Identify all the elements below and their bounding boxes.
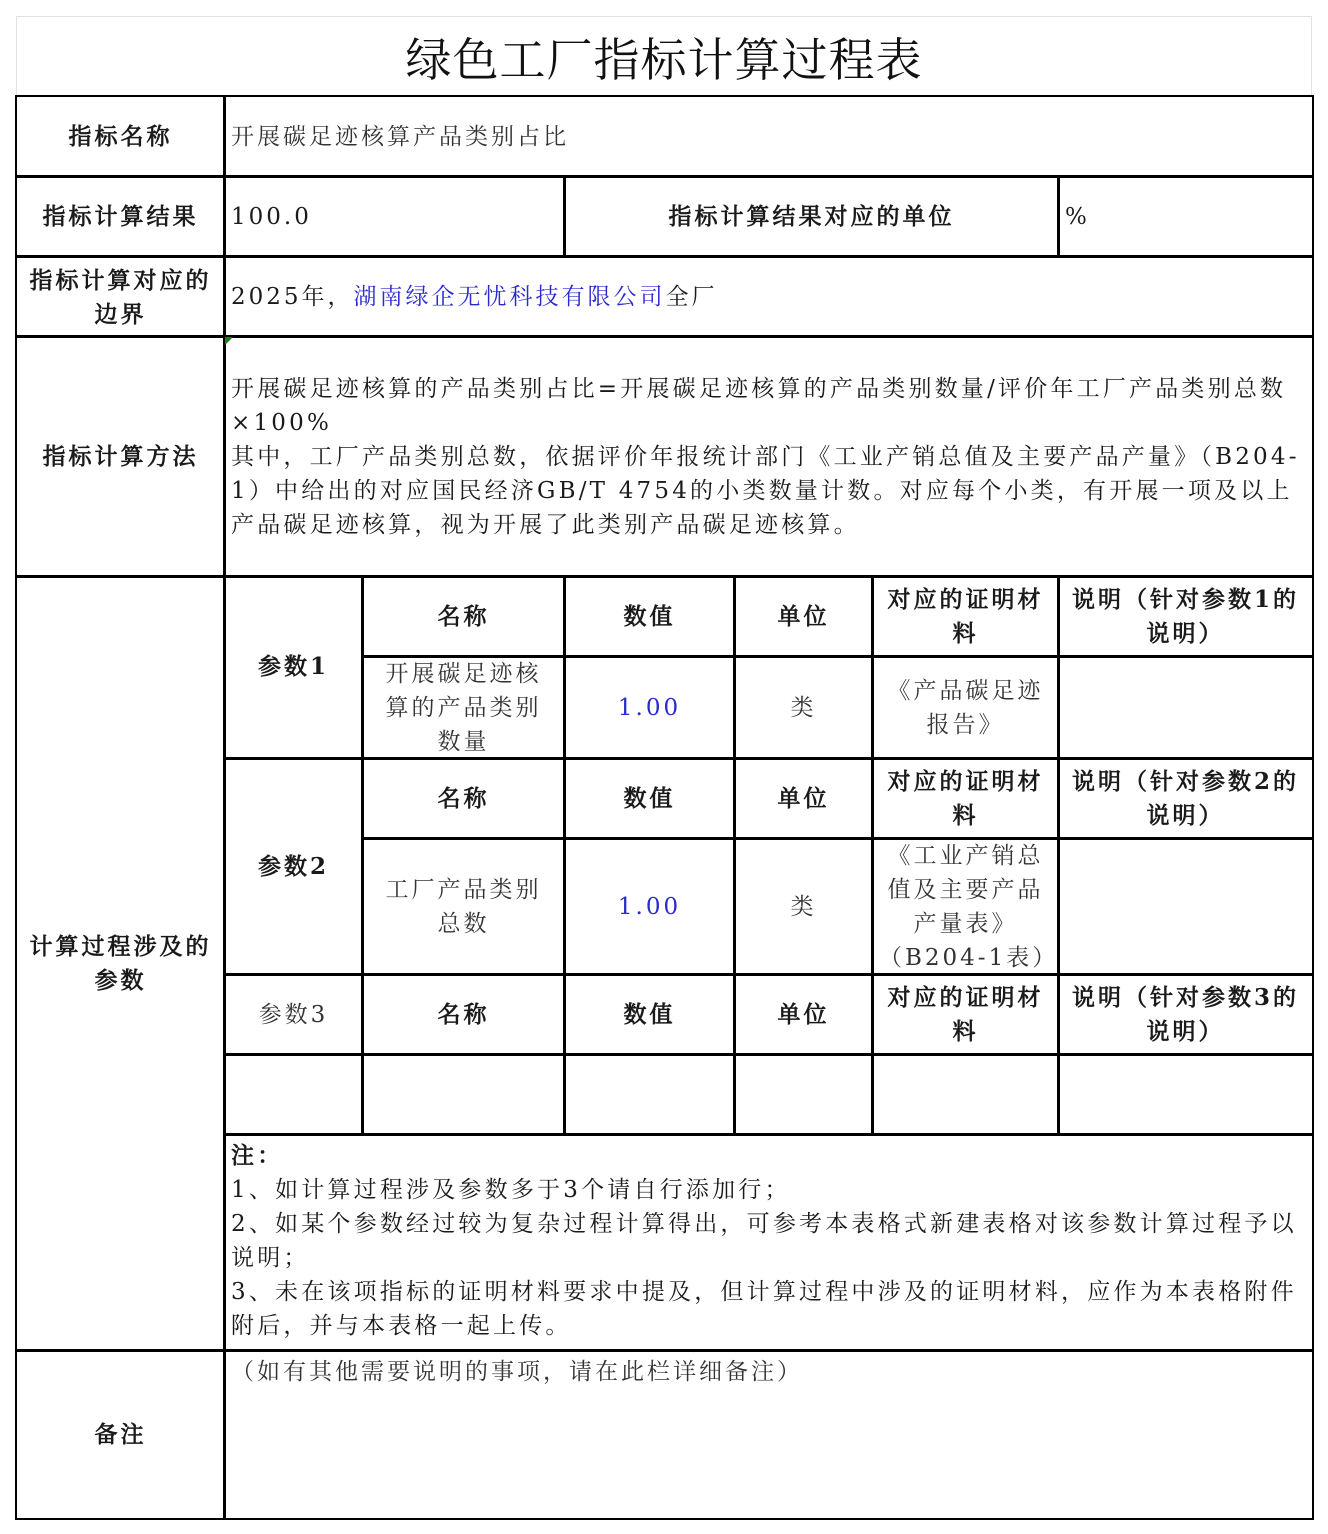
param2-name[interactable]: 工厂产品类别总数 <box>361 837 566 976</box>
params-section-label: 计算过程涉及的参数 <box>15 575 226 1352</box>
method-label: 指标计算方法 <box>15 335 226 578</box>
param2-value[interactable]: 1.00 <box>563 837 736 976</box>
method-explanation: 其中，工厂产品类别总数，依据评价年报统计部门《工业产销总值及主要产品产量》（B2… <box>231 440 1306 542</box>
title-row: 绿色工厂指标计算过程表 <box>16 16 1312 96</box>
remarks-field[interactable]: （如有其他需要说明的事项，请在此栏详细备注） <box>223 1349 1314 1520</box>
boundary-value[interactable]: 2025年，湖南绿企无忧科技有限公司全厂 <box>223 255 1314 338</box>
boundary-year: 2025年， <box>231 280 354 314</box>
method-formula: 开展碳足迹核算的产品类别占比=开展碳足迹核算的产品类别数量/评价年工厂产品类别总… <box>231 372 1306 440</box>
param2-header-name: 名称 <box>361 757 566 840</box>
page-title: 绿色工厂指标计算过程表 <box>406 24 923 90</box>
note-item-3: 3、未在该项指标的证明材料要求中提及，但计算过程中涉及的证明材料，应作为本表格附… <box>231 1275 1306 1343</box>
param3-header-name: 名称 <box>361 973 566 1056</box>
param2-header-note: 说明（针对参数2的说明） <box>1057 757 1314 840</box>
boundary-label-text: 指标计算对应的边界 <box>30 267 212 328</box>
indicator-name-value[interactable]: 开展碳足迹核算产品类别占比 <box>223 95 1314 178</box>
param1-unit[interactable]: 类 <box>733 655 874 760</box>
param3-value[interactable] <box>563 1053 736 1136</box>
note-item-2: 2、如某个参数经过较为复杂过程计算得出，可参考本表格式新建表格对该参数计算过程予… <box>231 1207 1306 1275</box>
param1-label: 参数1 <box>223 575 364 760</box>
boundary-scope: 全厂 <box>666 280 718 314</box>
result-unit-label: 指标计算结果对应的单位 <box>563 175 1060 258</box>
note-item-1: 1、如计算过程涉及参数多于3个请自行添加行； <box>231 1173 1306 1207</box>
param2-unit[interactable]: 类 <box>733 837 874 976</box>
param3-evidence[interactable] <box>871 1053 1060 1136</box>
indicator-result-label: 指标计算结果 <box>15 175 226 258</box>
indicator-name-label: 指标名称 <box>15 95 226 178</box>
param3-extra[interactable] <box>223 1053 364 1136</box>
param1-note[interactable] <box>1057 655 1314 760</box>
param1-header-note: 说明（针对参数1的说明） <box>1057 575 1314 658</box>
method-value[interactable]: 开展碳足迹核算的产品类别占比=开展碳足迹核算的产品类别数量/评价年工厂产品类别总… <box>223 335 1314 578</box>
param2-header-value: 数值 <box>563 757 736 840</box>
param1-header-evidence: 对应的证明材料 <box>871 575 1060 658</box>
param1-value[interactable]: 1.00 <box>563 655 736 760</box>
param3-header-unit: 单位 <box>733 973 874 1056</box>
cell-comment-marker <box>225 337 233 345</box>
param3-header-evidence: 对应的证明材料 <box>871 973 1060 1056</box>
notes-heading: 注： <box>231 1139 1306 1173</box>
param1-evidence[interactable]: 《产品碳足迹报告》 <box>871 655 1060 760</box>
param1-header-value: 数值 <box>563 575 736 658</box>
param2-label: 参数2 <box>223 757 364 976</box>
method-text: 开展碳足迹核算的产品类别占比=开展碳足迹核算的产品类别数量/评价年工厂产品类别总… <box>231 372 1306 542</box>
indicator-result-value[interactable]: 100.0 <box>223 175 566 258</box>
param3-note[interactable] <box>1057 1053 1314 1136</box>
param2-note[interactable] <box>1057 837 1314 976</box>
param2-header-evidence: 对应的证明材料 <box>871 757 1060 840</box>
param1-header-name: 名称 <box>361 575 566 658</box>
remarks-label: 备注 <box>15 1349 226 1520</box>
boundary-label: 指标计算对应的边界 <box>15 255 226 338</box>
param3-header-note: 说明（针对参数3的说明） <box>1057 973 1314 1056</box>
param1-header-unit: 单位 <box>733 575 874 658</box>
param2-header-unit: 单位 <box>733 757 874 840</box>
notes-block: 注： 1、如计算过程涉及参数多于3个请自行添加行； 2、如某个参数经过较为复杂过… <box>223 1133 1314 1352</box>
param3-unit[interactable] <box>733 1053 874 1136</box>
param1-name[interactable]: 开展碳足迹核算的产品类别数量 <box>361 655 566 760</box>
param3-header-value: 数值 <box>563 973 736 1056</box>
param3-label: 参数3 <box>223 973 364 1056</box>
result-unit-value[interactable]: % <box>1057 175 1314 258</box>
company-name: 湖南绿企无忧科技有限公司 <box>354 280 666 314</box>
param2-evidence[interactable]: 《工业产销总值及主要产品产量表》（B204-1表） <box>871 837 1060 976</box>
param3-name[interactable] <box>361 1053 566 1136</box>
